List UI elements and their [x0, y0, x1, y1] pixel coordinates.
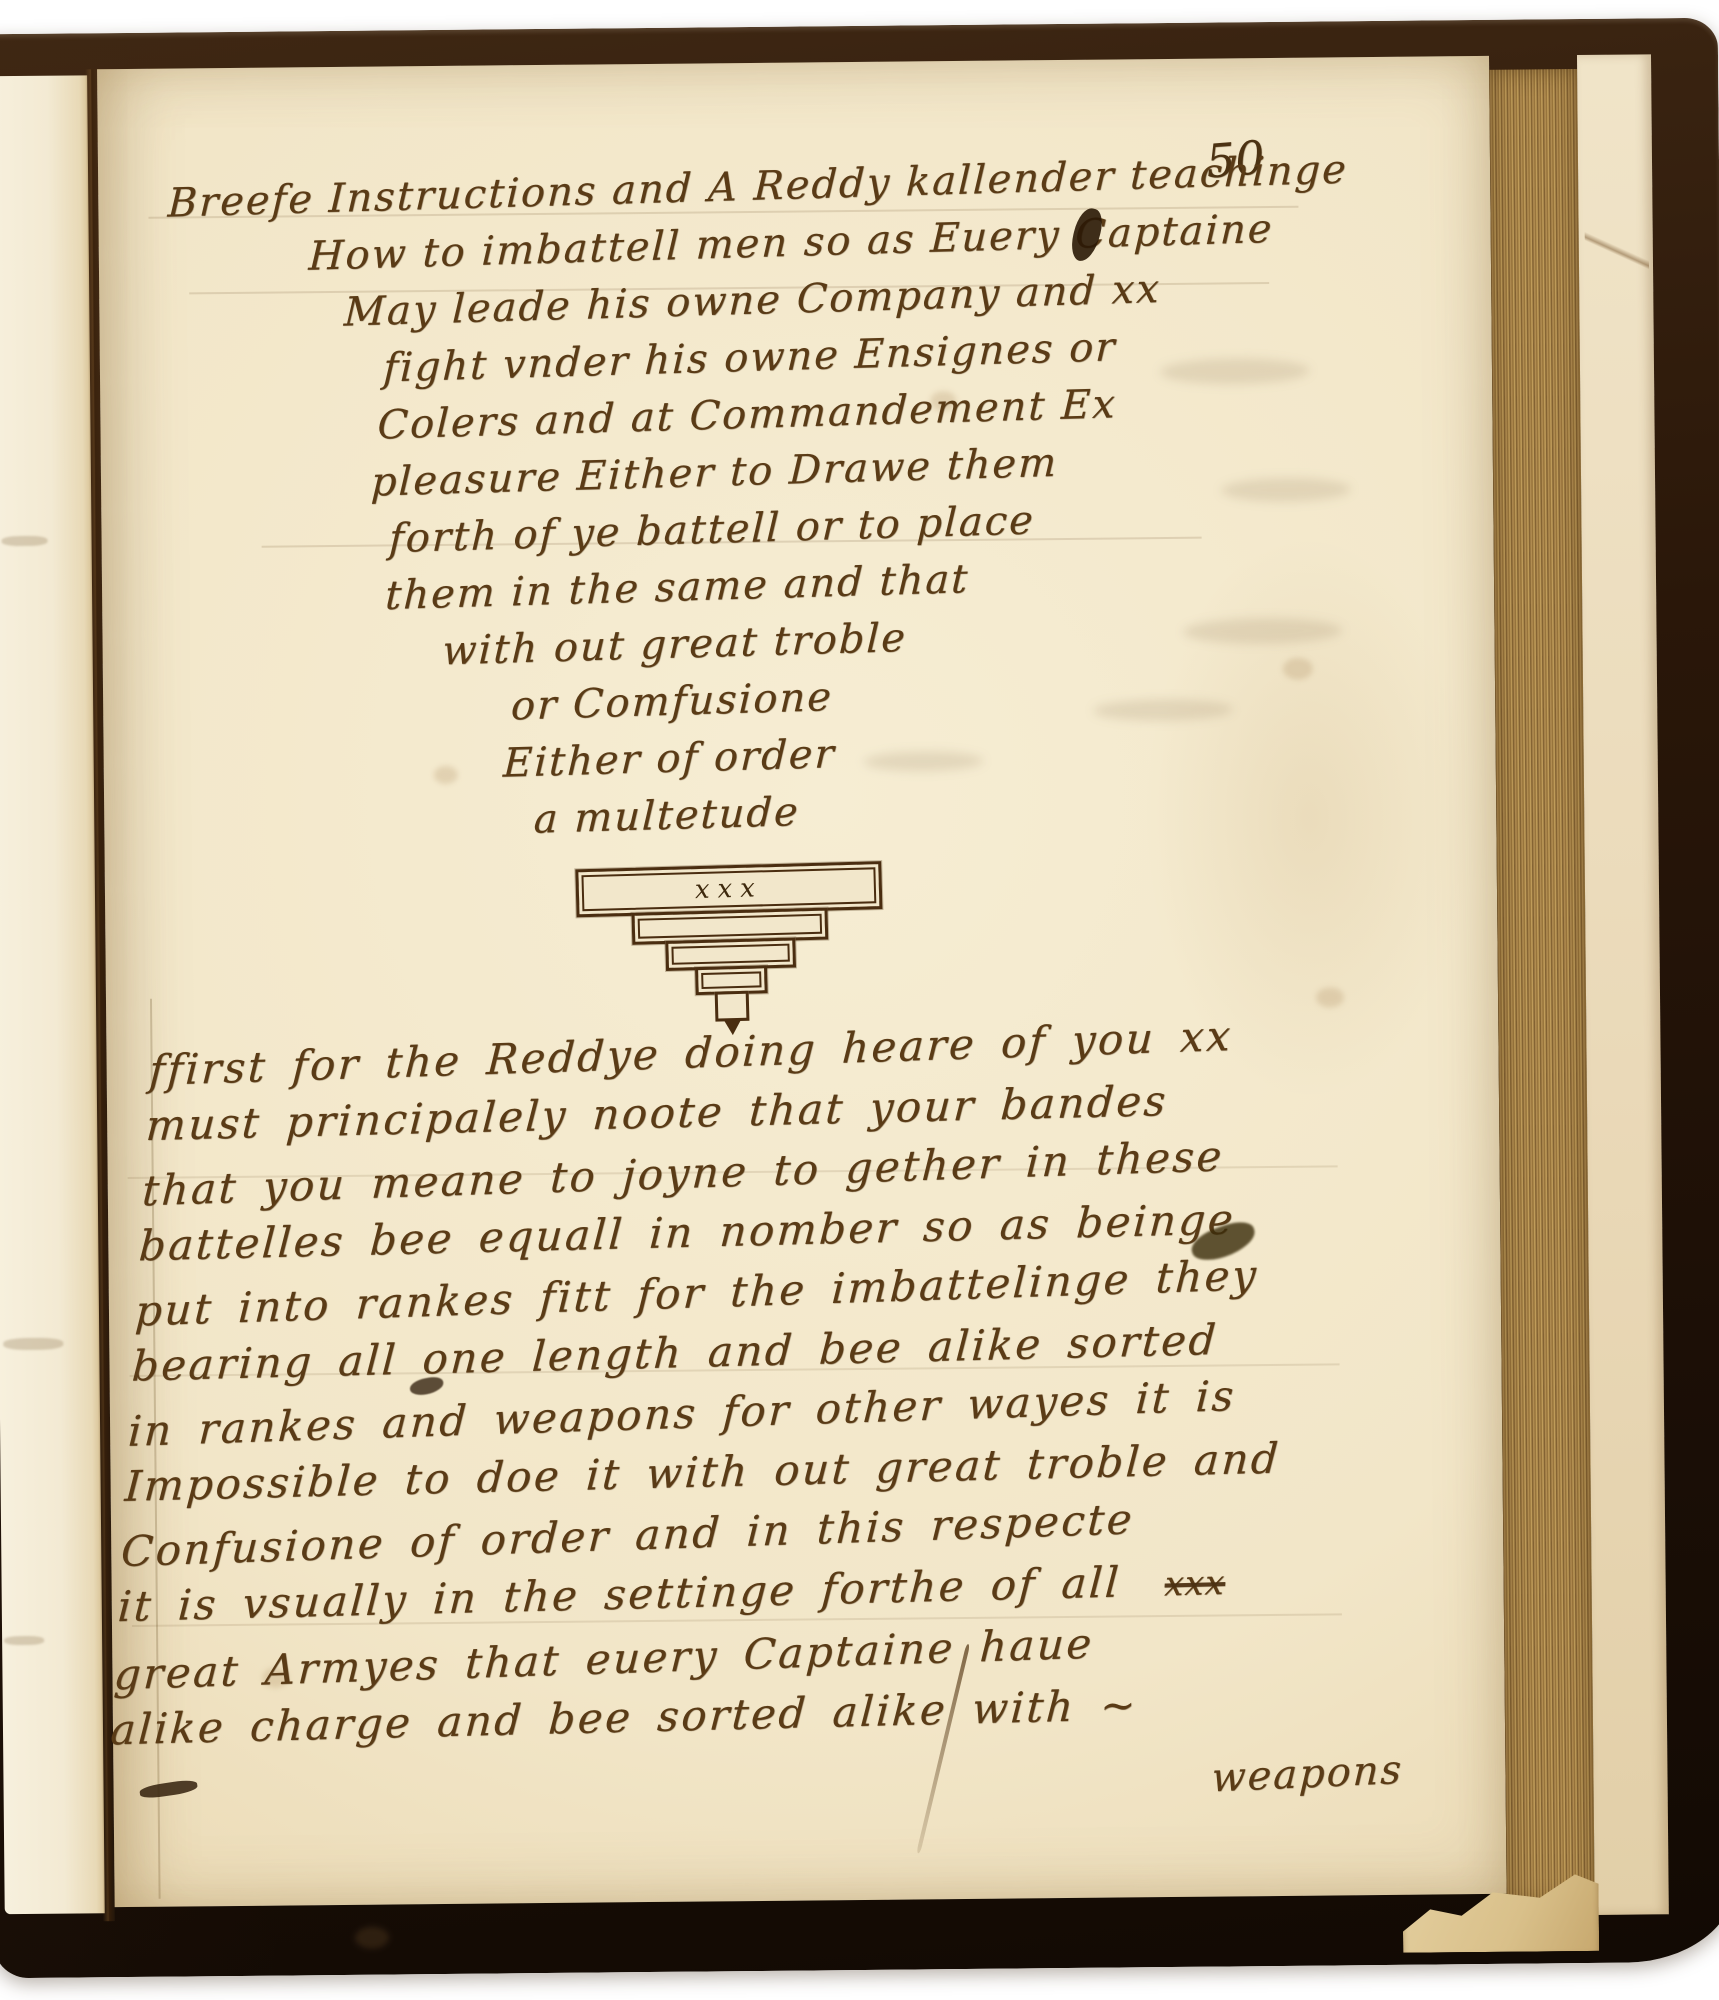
bleed-through-mark: [2, 536, 48, 546]
ink-blot: [139, 1778, 198, 1799]
bleed-through-mark: [3, 1338, 63, 1351]
manuscript-photo: 50 Breefe Instructions and A Reddy kalle…: [0, 0, 1719, 2000]
parchment-crack: [1584, 174, 1649, 325]
book-cover: 50 Breefe Instructions and A Reddy kalle…: [0, 18, 1719, 1979]
catchword: weapons: [113, 1745, 1444, 1850]
ornament-tail: [715, 991, 750, 1022]
manuscript-page: 50 Breefe Instructions and A Reddy kalle…: [97, 56, 1507, 1907]
ornament-top-bar: xxx: [575, 861, 882, 917]
bleed-through-mark: [4, 1636, 44, 1645]
body-block: ffirst for the Reddye doing heare of you…: [109, 1001, 1451, 1763]
foxing-spot: [355, 1927, 389, 1949]
page-block: 50 Breefe Instructions and A Reddy kalle…: [0, 54, 1680, 1922]
ornament-label: xxx: [694, 873, 763, 905]
title-block: Breefe Instructions and A Reddy kallende…: [108, 144, 1379, 858]
struck-word: xxx: [1163, 1563, 1226, 1605]
